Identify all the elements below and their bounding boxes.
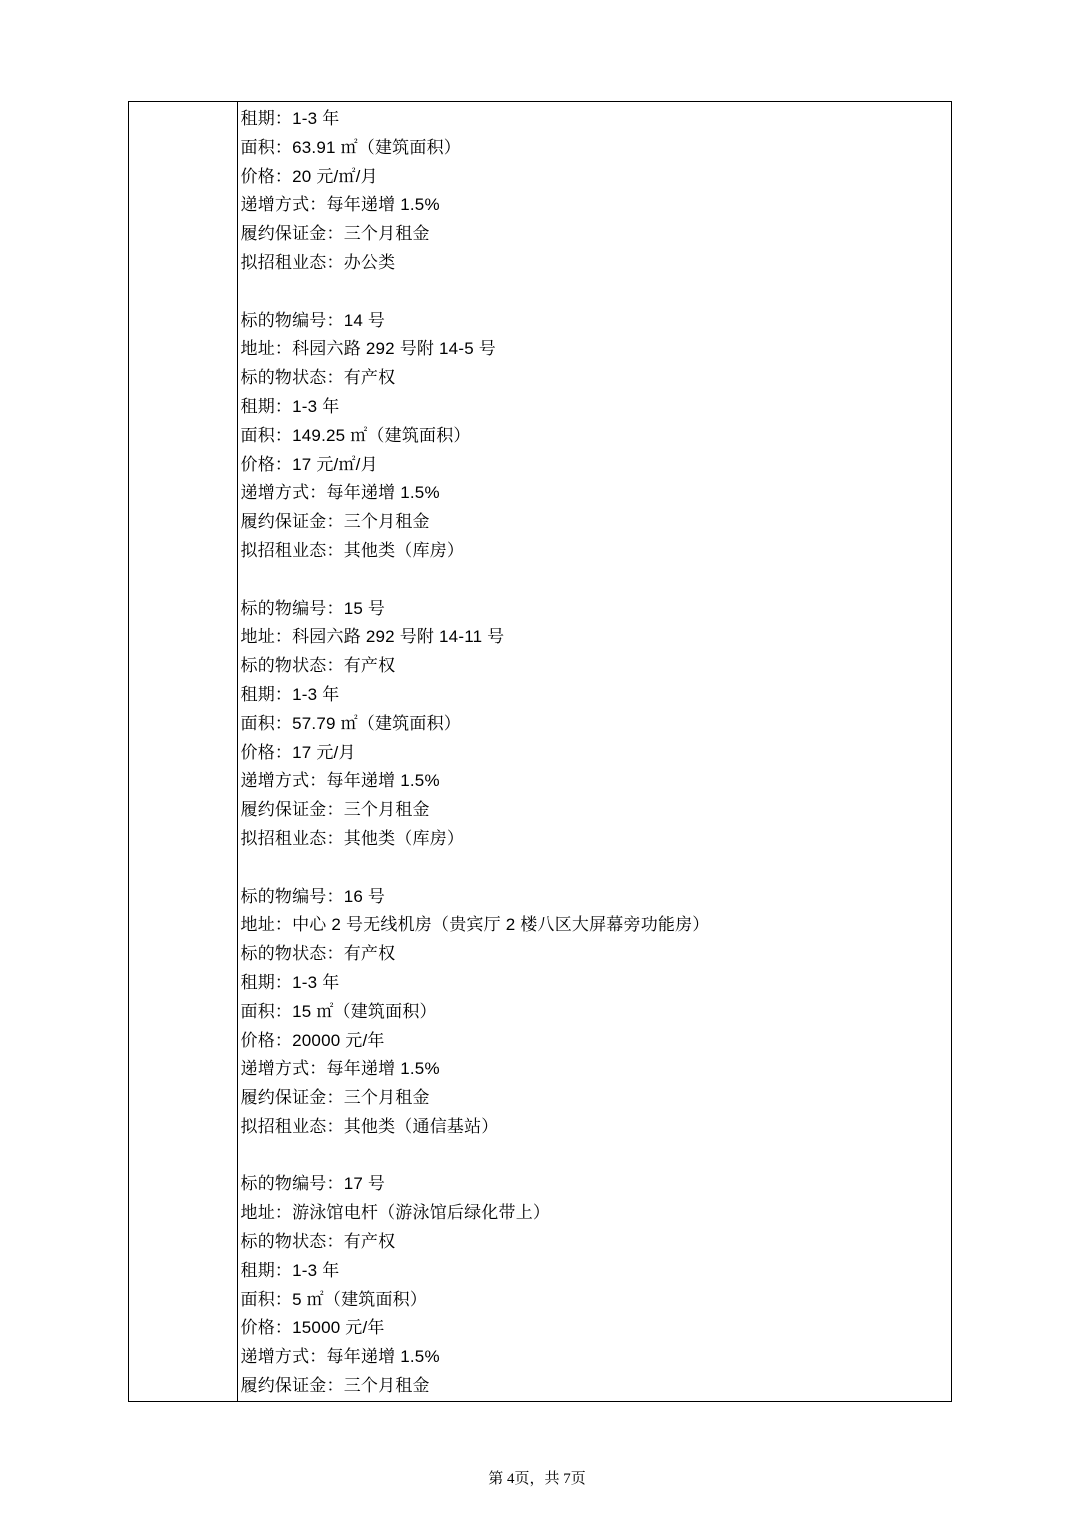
field-line: 拟招租业态：办公类: [241, 249, 946, 278]
field-line: 面积：57.79 ㎡（建筑面积）: [241, 710, 946, 739]
field-line: 价格：20000 元/年: [241, 1027, 946, 1056]
field-line: 面积：15 ㎡（建筑面积）: [241, 998, 946, 1027]
field-line: 租期：1-3 年: [241, 969, 946, 998]
listing-16: 标的物编号：16 号地址：中心 2 号无线机房（贵宾厅 2 楼八区大屏幕旁功能房…: [241, 883, 946, 1142]
field-line: 地址：科园六路 292 号附 14-5 号: [241, 335, 946, 364]
field-line: 价格：15000 元/年: [241, 1314, 946, 1343]
listing-cell: 租期：1-3 年面积：63.91 ㎡（建筑面积）价格：20 元/㎡/月递增方式：…: [238, 102, 952, 1401]
field-line: 面积：149.25 ㎡（建筑面积）: [241, 422, 946, 451]
field-line: 地址：中心 2 号无线机房（贵宾厅 2 楼八区大屏幕旁功能房）: [241, 911, 946, 940]
field-line: 地址：游泳馆电杆（游泳馆后绿化带上）: [241, 1199, 946, 1228]
field-line: 面积：5 ㎡（建筑面积）: [241, 1286, 946, 1315]
field-line: 租期：1-3 年: [241, 1257, 946, 1286]
field-line: 履约保证金：三个月租金: [241, 508, 946, 537]
field-line: 租期：1-3 年: [241, 393, 946, 422]
field-line: 递增方式：每年递增 1.5%: [241, 479, 946, 508]
field-line: 面积：63.91 ㎡（建筑面积）: [241, 134, 946, 163]
field-line: 标的物编号：16 号: [241, 883, 946, 912]
field-line: 标的物编号：14 号: [241, 307, 946, 336]
field-line: 租期：1-3 年: [241, 681, 946, 710]
field-line: 标的物状态：有产权: [241, 364, 946, 393]
field-line: 拟招租业态：其他类（库房）: [241, 825, 946, 854]
field-line: 价格：17 元/㎡/月: [241, 451, 946, 480]
field-line: 标的物编号：17 号: [241, 1170, 946, 1199]
field-line: 拟招租业态：其他类（库房）: [241, 537, 946, 566]
field-line: 标的物状态：有产权: [241, 940, 946, 969]
page-number-footer: 第 4页，共 7页: [0, 1470, 1074, 1488]
field-line: 递增方式：每年递增 1.5%: [241, 1055, 946, 1084]
field-line: 标的物状态：有产权: [241, 1228, 946, 1257]
field-line: 履约保证金：三个月租金: [241, 796, 946, 825]
field-line: 递增方式：每年递增 1.5%: [241, 767, 946, 796]
field-line: 递增方式：每年递增 1.5%: [241, 1343, 946, 1372]
field-line: 租期：1-3 年: [241, 105, 946, 134]
field-line: 履约保证金：三个月租金: [241, 220, 946, 249]
listing-14: 标的物编号：14 号地址：科园六路 292 号附 14-5 号标的物状态：有产权…: [241, 307, 946, 566]
field-line: 递增方式：每年递增 1.5%: [241, 191, 946, 220]
listing-continued: 租期：1-3 年面积：63.91 ㎡（建筑面积）价格：20 元/㎡/月递增方式：…: [241, 105, 946, 278]
field-line: 地址：科园六路 292 号附 14-11 号: [241, 623, 946, 652]
field-line: 拟招租业态：其他类（通信基站）: [241, 1113, 946, 1142]
field-line: 标的物状态：有产权: [241, 652, 946, 681]
field-line: 履约保证金：三个月租金: [241, 1372, 946, 1401]
field-line: 标的物编号：15 号: [241, 595, 946, 624]
listing-17: 标的物编号：17 号地址：游泳馆电杆（游泳馆后绿化带上）标的物状态：有产权租期：…: [241, 1170, 946, 1400]
field-line: 价格：17 元/月: [241, 739, 946, 768]
rental-listings-table: 租期：1-3 年面积：63.91 ㎡（建筑面积）价格：20 元/㎡/月递增方式：…: [128, 101, 952, 1402]
listing-15: 标的物编号：15 号地址：科园六路 292 号附 14-11 号标的物状态：有产…: [241, 595, 946, 854]
table-label-cell-empty: [129, 102, 238, 1401]
field-line: 履约保证金：三个月租金: [241, 1084, 946, 1113]
field-line: 价格：20 元/㎡/月: [241, 163, 946, 192]
